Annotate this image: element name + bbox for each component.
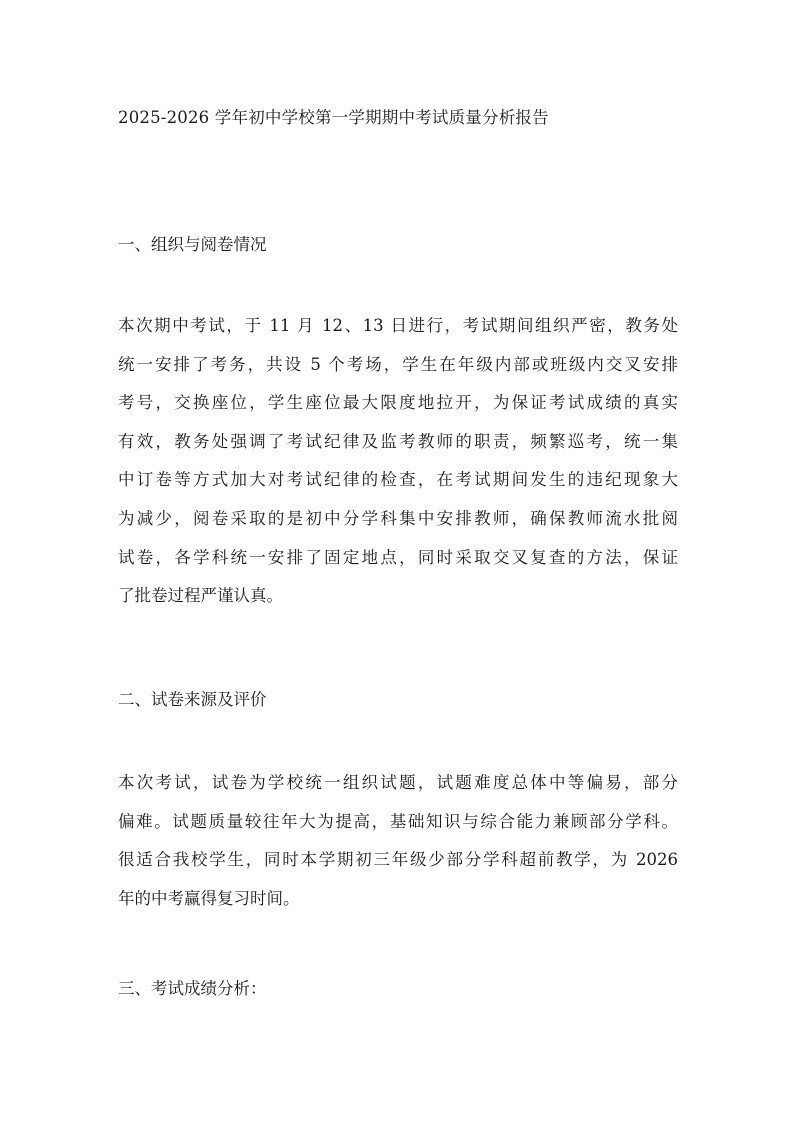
- paragraph-line: 为减少，阅卷采取的是初中分学科集中安排教师，确保教师流水批阅: [118, 500, 678, 539]
- paragraph-line: 统一安排了考务，共设 5 个考场，学生在年级内部或班级内交叉安排: [118, 346, 678, 385]
- section-heading-1: 一、组织与阅卷情况: [118, 231, 267, 259]
- paragraph-line: 很适合我校学生，同时本学期初三年级少部分学科超前教学，为 2026: [118, 841, 678, 880]
- paragraph-line: 年的中考赢得复习时间。: [118, 880, 678, 919]
- section-heading-3: 三、考试成绩分析：: [118, 975, 267, 1003]
- paragraph-line: 本次期中考试，于 11 月 12、13 日进行，考试期间组织严密，教务处: [118, 307, 678, 346]
- paragraph-line: 本次考试，试卷为学校统一组织试题，试题难度总体中等偏易，部分: [118, 764, 678, 803]
- paragraph-line: 试卷，各学科统一安排了固定地点，同时采取交叉复查的方法，保证: [118, 539, 678, 578]
- section-heading-2: 二、试卷来源及评价: [118, 686, 267, 714]
- paragraph-line: 中订卷等方式加大对考试纪律的检查，在考试期间发生的违纪现象大: [118, 461, 678, 500]
- paragraph-line: 考号，交换座位，学生座位最大限度地拉开，为保证考试成绩的真实: [118, 384, 678, 423]
- document-page: 2025-2026 学年初中学校第一学期期中考试质量分析报告 一、组织与阅卷情况…: [0, 0, 793, 1122]
- section-1-paragraph: 本次期中考试，于 11 月 12、13 日进行，考试期间组织严密，教务处 统一安…: [118, 307, 678, 616]
- paragraph-line: 偏难。试题质量较往年大为提高，基础知识与综合能力兼顾部分学科。: [118, 803, 678, 842]
- document-title: 2025-2026 学年初中学校第一学期期中考试质量分析报告: [118, 104, 549, 132]
- paragraph-line: 了批卷过程严谨认真。: [118, 577, 678, 616]
- paragraph-line: 有效，教务处强调了考试纪律及监考教师的职责，频繁巡考，统一集: [118, 423, 678, 462]
- section-2-paragraph: 本次考试，试卷为学校统一组织试题，试题难度总体中等偏易，部分 偏难。试题质量较往…: [118, 764, 678, 918]
